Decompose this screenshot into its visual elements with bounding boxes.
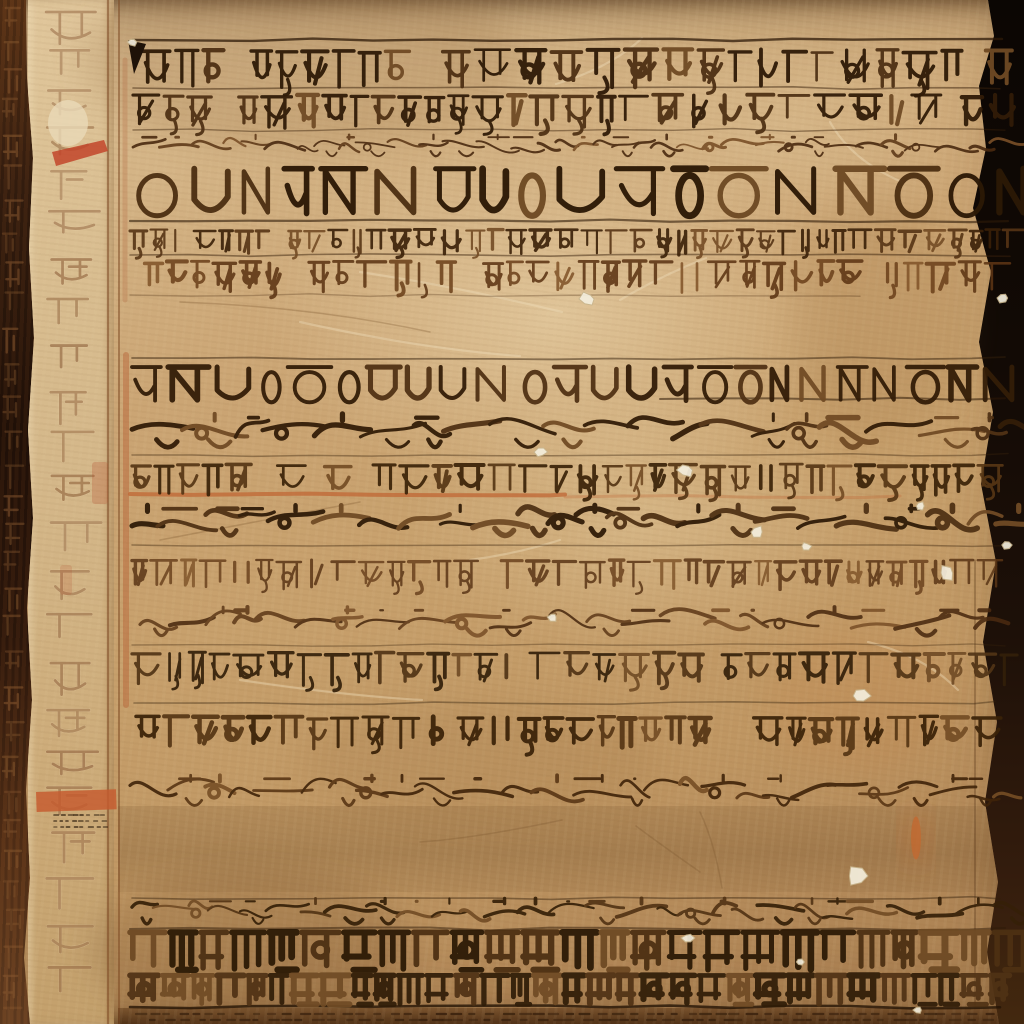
margin-white-patch [48, 100, 88, 146]
margin-orange-block [36, 789, 117, 812]
text-line-12 [140, 607, 1008, 636]
text-line-11 [132, 560, 1002, 594]
text-line-10 [132, 505, 1024, 535]
wood-carving-column [3, 8, 24, 1024]
ruled-lines [130, 39, 1010, 1009]
orange-smudge [907, 811, 925, 865]
manuscript-photograph [0, 0, 1024, 1024]
script-art-layer [0, 0, 1024, 1024]
